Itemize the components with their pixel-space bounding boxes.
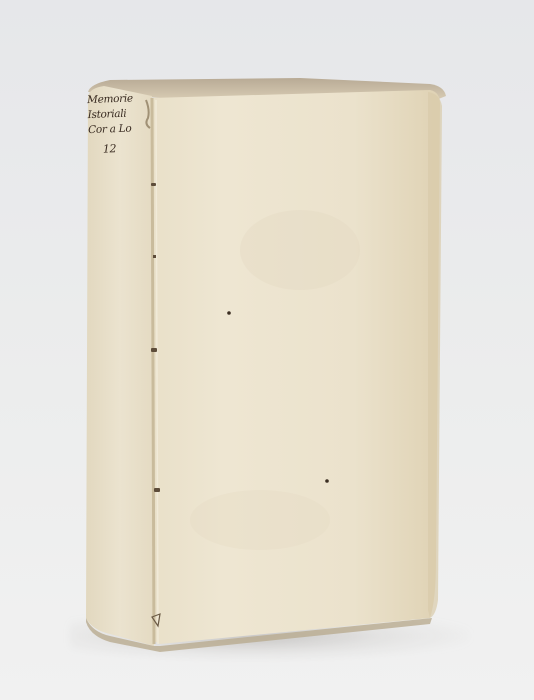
vellum-book: Memorie Istoriali Cor a Lo 12: [0, 0, 534, 700]
spine-volume-number: 12: [103, 140, 151, 157]
spine: [86, 86, 154, 646]
front-cover: [152, 90, 440, 644]
spine-title-line-3: Cor a Lo: [88, 121, 150, 138]
spine-manuscript-title: Memorie Istoriali Cor a Lo 12: [87, 91, 151, 157]
book-illustration: [0, 0, 534, 700]
